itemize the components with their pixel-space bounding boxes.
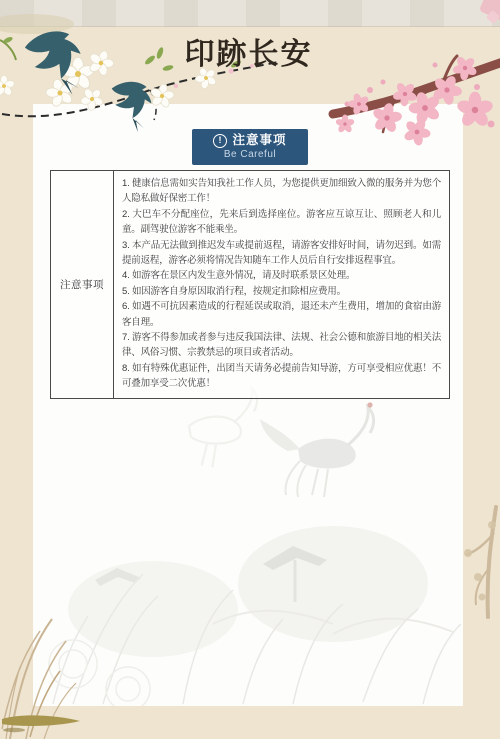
notice-badge-title: 注意事项: [232, 133, 286, 148]
notice-item: 5. 如因游客自身原因取消行程，按规定扣除相应费用。: [122, 284, 441, 299]
notice-badge-subtitle: Be Careful: [204, 149, 296, 161]
notice-item: 8. 如有特殊优惠证件，出团当天请务必提前告知导游，方可享受相应优惠！不可叠加享…: [122, 361, 441, 392]
notice-badge-title-row: ! 注意事项: [204, 133, 296, 148]
notice-item: 1. 健康信息需如实告知我社工作人员，为您提供更加细致入微的服务并为您个人隐私做…: [122, 176, 441, 207]
notice-item: 3. 本产品无法做到推迟发车或提前返程，请游客安排好时间，请勿迟到。如需提前返程…: [122, 238, 441, 269]
brand-logo: 印跡长安: [0, 38, 500, 72]
flyer-page: 印跡长安 ! 注意事项 Be Careful 注意事项 1. 健康信息需如实告知…: [0, 0, 500, 739]
notice-table-content: 1. 健康信息需如实告知我社工作人员，为您提供更加细致入微的服务并为您个人隐私做…: [114, 171, 449, 398]
brand-logo-text: 印跡长安: [185, 38, 313, 72]
top-texture-band: [0, 0, 500, 27]
notice-item: 2. 大巴车不分配座位，先来后到选择座位。游客应互谅互让、照顾老人和儿童。副驾驶…: [122, 207, 441, 238]
notice-item: 6. 如遇不可抗因素造成的行程延误或取消，退还未产生费用，增加的食宿由游客自理。: [122, 299, 441, 330]
notice-badge: ! 注意事项 Be Careful: [192, 129, 308, 165]
notice-item: 7. 游客不得参加或者参与违反我国法律、法规、社会公德和旅游目地的相关法律、风俗…: [122, 330, 441, 361]
paper-smudge: [0, 14, 74, 34]
notice-item: 4. 如游客在景区内发生意外情况，请及时联系景区处理。: [122, 268, 441, 283]
gold-brush-stroke-icon: [2, 715, 80, 726]
notice-table: 注意事项 1. 健康信息需如实告知我社工作人员，为您提供更加细致入微的服务并为您…: [50, 170, 450, 399]
crane-watermark-icon: [189, 388, 374, 497]
notice-table-row-header: 注意事项: [51, 171, 114, 398]
landscape-watermark-icon: [49, 526, 461, 706]
exclamation-circle-icon: !: [213, 134, 227, 148]
